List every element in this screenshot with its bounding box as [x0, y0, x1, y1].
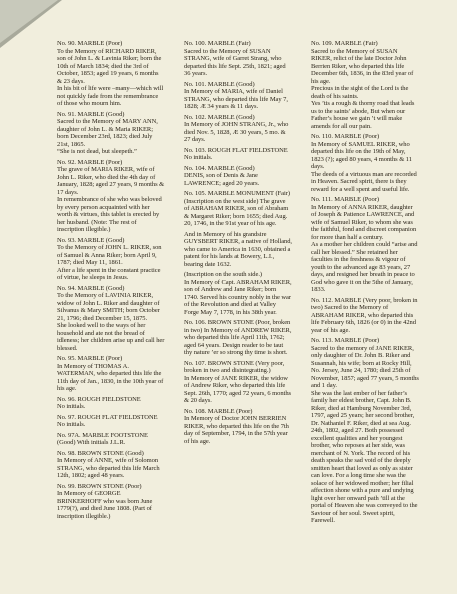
gravestone-entry: No. 104. MARBLE (Good)DENIS, son of Deni…	[184, 165, 292, 188]
entry-paragraph: Sacred to the Memory of SUSAN STRANG, wi…	[184, 48, 292, 78]
entry-paragraph: In remembrance of she who was beloved by…	[57, 196, 165, 234]
gravestone-entry: No. 107. BROWN STONE (Very poor, broken …	[184, 360, 292, 405]
entry-paragraph: No. 94. MARBLE (Good)	[57, 285, 165, 293]
scanned-document-page: No. 90. MARBLE (Poor)To the Memory of RI…	[0, 0, 457, 594]
entry-paragraph: No. 98. BROWN STONE (Good)	[57, 450, 165, 458]
entry-paragraph: No. 108. MARBLE (Poor)	[184, 408, 292, 416]
entry-paragraph: No. 99. BROWN STONE (Poor)	[57, 483, 165, 491]
gravestone-entry: No. 97A. MARBLE FOOTSTONE (Good) With in…	[57, 432, 165, 447]
entry-paragraph: No. 106. BROWN STONE (Poor, broken in tw…	[184, 319, 292, 357]
entry-paragraph: No. 107. BROWN STONE (Very poor, broken …	[184, 360, 292, 375]
entry-paragraph: No. 93. MARBLE (Good)	[57, 237, 165, 245]
entry-paragraph: No. 111. MARBLE (Poor)	[311, 196, 419, 204]
entry-paragraph: “She is not dead, but sleepeth.”	[57, 148, 165, 156]
gravestone-entry: No. 108. MARBLE (Poor)In Memory of Docto…	[184, 408, 292, 446]
gravestone-entry: No. 90. MARBLE (Poor)To the Memory of RI…	[57, 40, 165, 108]
gravestone-entry: No. 111. MARBLE (Poor)In Memory of ANNA …	[311, 196, 419, 294]
gravestone-entry: And in Memory of his grandsire GUYSBERT …	[184, 231, 292, 269]
entry-paragraph: To the Memory of LAVINIA RIKER, widow of…	[57, 292, 165, 322]
entry-paragraph: In Memory of SAMUEL RIKER, who departed …	[311, 141, 419, 171]
entry-paragraph: The deeds of a virtuous man are recorded…	[311, 171, 419, 194]
entry-paragraph: No. 109. MARBLE (Fair)	[311, 40, 419, 48]
document-column-left: No. 90. MARBLE (Poor)To the Memory of RI…	[57, 40, 165, 523]
entry-paragraph: No. 105. MARBLE MONUMENT (Fair) (Inscrip…	[184, 190, 292, 228]
entry-paragraph: To the Memory of RICHARD RIKER, son of J…	[57, 48, 165, 86]
entry-paragraph: In Memory of MARIA, wife of Daniel STRAN…	[184, 88, 292, 111]
gravestone-entry: No. 100. MARBLE (Fair)Sacred to the Memo…	[184, 40, 292, 78]
entry-paragraph: No. 97. ROUGH FLAT FIELDSTONE	[57, 414, 165, 422]
document-column-middle: No. 100. MARBLE (Fair)Sacred to the Memo…	[184, 40, 292, 448]
gravestone-entry: No. 95. MARBLE (Poor)In Memory of THOMAS…	[57, 355, 165, 393]
entry-paragraph: No. 97A. MARBLE FOOTSTONE (Good) With in…	[57, 432, 165, 447]
entry-paragraph: As a mother her children could “arise an…	[311, 241, 419, 294]
gravestone-entry: No. 91. MARBLE (Good)Sacred to the Memor…	[57, 111, 165, 156]
entry-paragraph: To the Memory of JOHN L. RIKER, son of S…	[57, 244, 165, 267]
entry-paragraph: (Inscription on the south side.)	[184, 271, 292, 279]
entry-paragraph: Sacred to the Memory of MARY ANN, daught…	[57, 118, 165, 148]
entry-paragraph: No. 95. MARBLE (Poor)	[57, 355, 165, 363]
gravestone-entry: No. 96. ROUGH FIELDSTONENo initials.	[57, 396, 165, 411]
entry-paragraph: No. 102. MARBLE (Good)	[184, 114, 292, 122]
entry-paragraph: No. 113. MARBLE (Poor)	[311, 337, 419, 345]
entry-paragraph: In Memory of Capt. ABRAHAM RIKER, son of…	[184, 279, 292, 317]
entry-paragraph: No. 101. MARBLE (Good)	[184, 81, 292, 89]
entry-paragraph: In his bit of life were –many—which will…	[57, 85, 165, 108]
entry-paragraph: Sacred to the Memory of SUSAN RIKER, rel…	[311, 48, 419, 86]
entry-paragraph: In Memory of GEORGE BRINKERHOFF who was …	[57, 490, 165, 520]
entry-paragraph: And in Memory of his grandsire GUYSBERT …	[184, 231, 292, 269]
gravestone-entry: No. 106. BROWN STONE (Poor, broken in tw…	[184, 319, 292, 357]
entry-paragraph: Precious in the sight of the Lord is the…	[311, 85, 419, 100]
gravestone-entry: No. 103. ROUGH FLAT FIELDSTONE No initia…	[184, 147, 292, 162]
gravestone-entry: No. 101. MARBLE (Good)In Memory of MARIA…	[184, 81, 292, 111]
entry-paragraph: Yes ’tis a rough & thorny road that lead…	[311, 100, 419, 130]
entry-paragraph: In Memory of ANNA RIKER, daughter of Jos…	[311, 204, 419, 242]
gravestone-entry: No. 98. BROWN STONE (Good)In Memory of A…	[57, 450, 165, 480]
entry-paragraph: No. 92. MARBLE (Poor)	[57, 159, 165, 167]
entry-paragraph: No initials.	[57, 421, 165, 429]
entry-paragraph: In Memory of JOHN STRANG, Jr., who died …	[184, 121, 292, 144]
gravestone-entry: No. 92. MARBLE (Poor)The grave of MARIA …	[57, 159, 165, 234]
entry-paragraph: No initials.	[57, 403, 165, 411]
gravestone-entry: No. 102. MARBLE (Good)In Memory of JOHN …	[184, 114, 292, 144]
gravestone-entry: No. 97. ROUGH FLAT FIELDSTONENo initials…	[57, 414, 165, 429]
entry-paragraph: In Memory of ANNE, wife of Solomon STRAN…	[57, 457, 165, 480]
entry-paragraph: No. 96. ROUGH FIELDSTONE	[57, 396, 165, 404]
document-column-right: No. 109. MARBLE (Fair)Sacred to the Memo…	[311, 40, 419, 528]
gravestone-entry: No. 109. MARBLE (Fair)Sacred to the Memo…	[311, 40, 419, 130]
entry-paragraph: In Memory of Doctor JOHN BERRIEN RIKER, …	[184, 415, 292, 445]
entry-paragraph: No. 103. ROUGH FLAT FIELDSTONE No initia…	[184, 147, 292, 162]
entry-paragraph: No. 104. MARBLE (Good)	[184, 165, 292, 173]
gravestone-entry: No. 110. MARBLE (Poor)In Memory of SAMUE…	[311, 133, 419, 193]
gravestone-entry: (Inscription on the south side.)In Memor…	[184, 271, 292, 316]
entry-paragraph: Sacred to the memory of JANE RIKER, only…	[311, 345, 419, 390]
gravestone-entry: No. 94. MARBLE (Good)To the Memory of LA…	[57, 285, 165, 353]
entry-paragraph: No. 91. MARBLE (Good)	[57, 111, 165, 119]
entry-paragraph: After a life spent in the constant pract…	[57, 267, 165, 282]
entry-paragraph: The grave of MARIA RIKER, wife of John L…	[57, 166, 165, 196]
gravestone-entry: No. 113. MARBLE (Poor)Sacred to the memo…	[311, 337, 419, 525]
entry-paragraph: In Memory of JANE RIKER, the widow of An…	[184, 375, 292, 405]
entry-paragraph: In Memory of THOMAS A. WATERMAN, who dep…	[57, 363, 165, 393]
document-text-block: No. 90. MARBLE (Poor)To the Memory of RI…	[0, 0, 457, 594]
entry-paragraph: No. 90. MARBLE (Poor)	[57, 40, 165, 48]
gravestone-entry: No. 105. MARBLE MONUMENT (Fair) (Inscrip…	[184, 190, 292, 228]
gravestone-entry: No. 99. BROWN STONE (Poor)In Memory of G…	[57, 483, 165, 521]
entry-paragraph: She looked well to the ways of her house…	[57, 322, 165, 352]
entry-paragraph: She was the last ember of her father’s f…	[311, 390, 419, 525]
entry-paragraph: No. 112. MARBLE (Very poor, broken in tw…	[311, 297, 419, 335]
entry-paragraph: No. 100. MARBLE (Fair)	[184, 40, 292, 48]
entry-paragraph: No. 110. MARBLE (Poor)	[311, 133, 419, 141]
gravestone-entry: No. 93. MARBLE (Good)To the Memory of JO…	[57, 237, 165, 282]
entry-paragraph: DENIS, son of Denis & Jane LAWRENCE; age…	[184, 172, 292, 187]
gravestone-entry: No. 112. MARBLE (Very poor, broken in tw…	[311, 297, 419, 335]
